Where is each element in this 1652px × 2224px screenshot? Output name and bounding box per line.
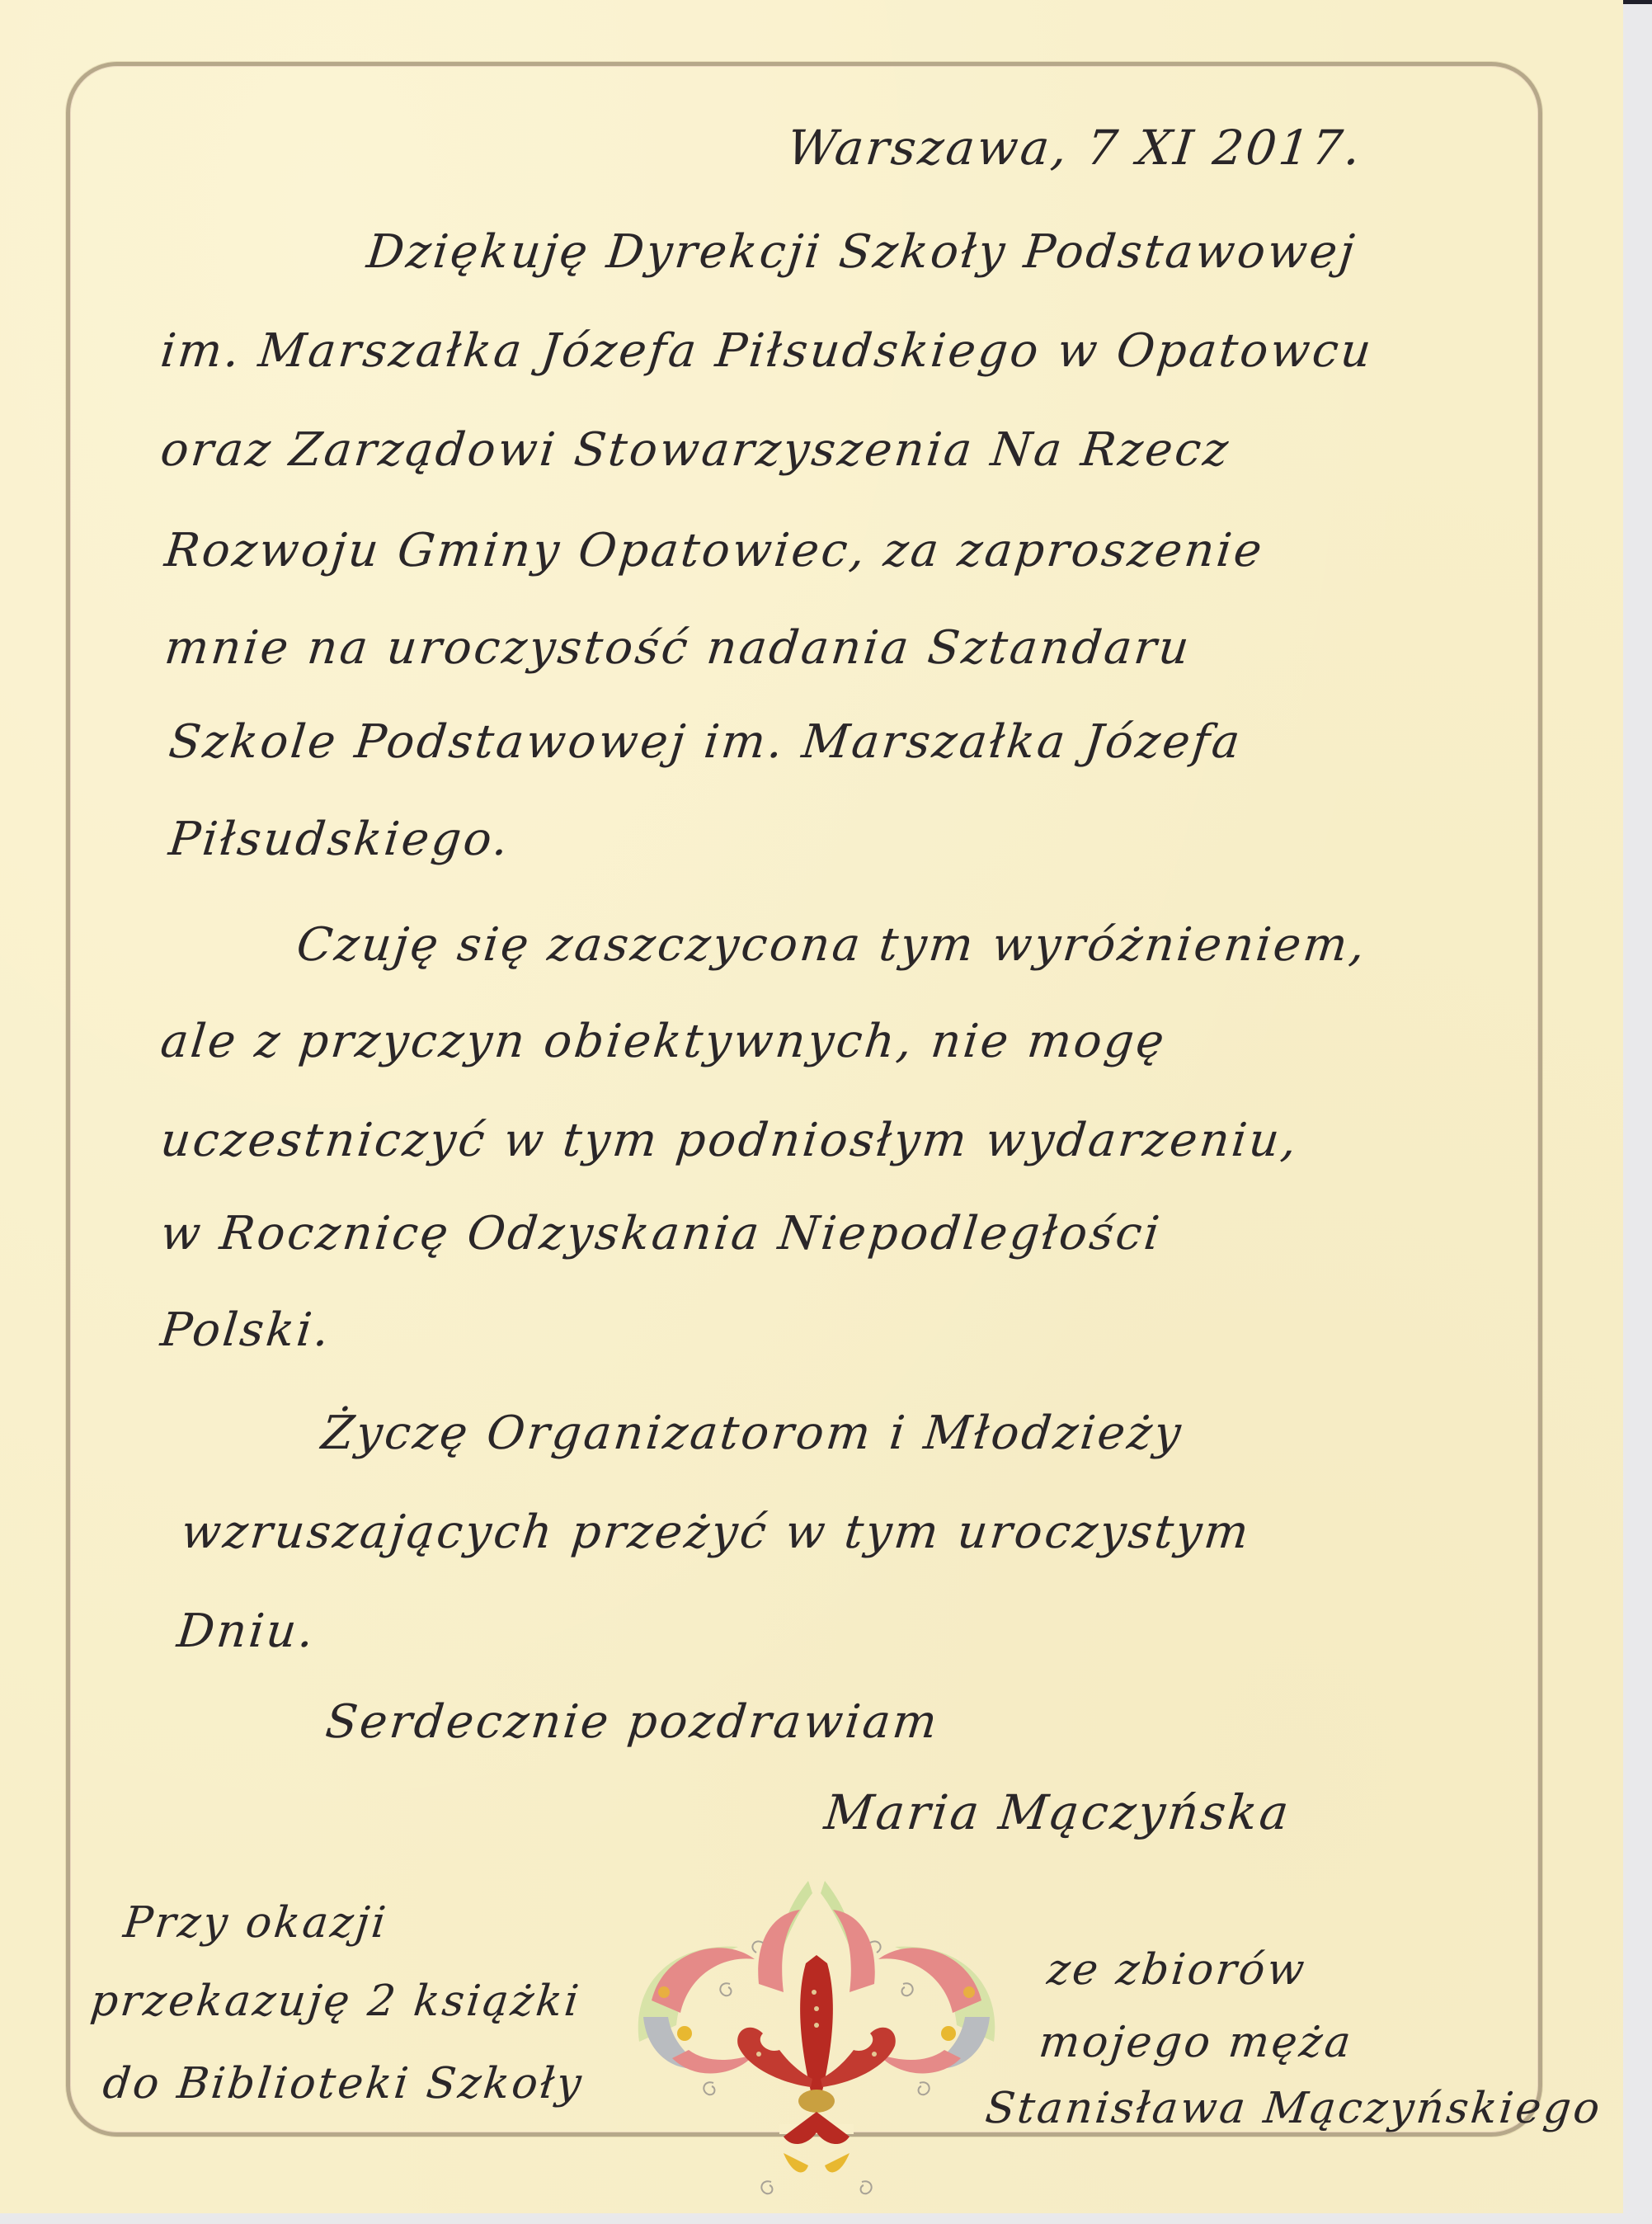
scan-edge-bar [1623, 0, 1652, 4]
postscript-left-line: przekazuję 2 książki [88, 1980, 583, 2023]
postscript-right-line: Stanisława Mączyńskiego [983, 2087, 1604, 2130]
body-line: Dniu. [175, 1609, 318, 1655]
body-line: im. Marszałka Józefa Piłsudskiego w Opat… [158, 328, 1376, 375]
body-line: Dziękuję Dyrekcji Szkoły Podstawowej [365, 229, 1358, 276]
postscript-right-line: ze zbiorów [1045, 1948, 1308, 1991]
postscript-left-line: Przy okazji [121, 1901, 390, 1944]
body-line: Życzę Organizatorom i Młodzieży [319, 1411, 1185, 1457]
date-line: Warszawa, 7 XI 2017. [785, 124, 1365, 172]
postscript-right-line: mojego męża [1037, 2021, 1355, 2064]
body-line: oraz Zarządowi Stowarzyszenia Na Rzecz [158, 427, 1232, 474]
postscript-left-line: do Biblioteki Szkoły [101, 2062, 586, 2105]
body-line: w Rocznicę Odzyskania Niepodległości [158, 1211, 1164, 1257]
body-line: Piłsudskiego. [167, 817, 512, 863]
fleur-de-lis-ornament-icon [614, 1868, 1019, 2215]
body-line: Czuję się zaszczycona tym wyróżnieniem, [294, 922, 1369, 968]
signature: Maria Mączyńska [822, 1788, 1293, 1836]
body-line: mnie na uroczystość nadania Sztandaru [162, 625, 1193, 671]
body-line: Szkole Podstawowej im. Marszałka Józefa [167, 719, 1245, 766]
closing-line: Serdecznie pozdrawiam [323, 1699, 941, 1746]
body-line: ale z przyczyn obiektywnych, nie mogę [158, 1019, 1169, 1065]
body-line: uczestniczyć w tym podniosłym wydarzeniu… [158, 1118, 1301, 1164]
body-line: wzruszających przeżyć w tym uroczystym [179, 1510, 1253, 1556]
letter-paper: Warszawa, 7 XI 2017. Dziękuję Dyrekcji S… [0, 0, 1623, 2213]
body-line: Rozwoju Gminy Opatowiec, za zaproszenie [162, 528, 1266, 574]
body-line: Polski. [158, 1308, 333, 1354]
